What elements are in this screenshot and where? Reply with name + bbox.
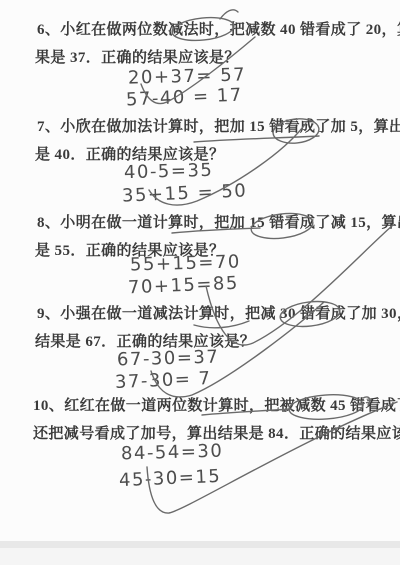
question-6-line-1: 6、小红在做两位数减法时，把减数 40 错看成了 20，算出结 xyxy=(37,21,400,40)
question-8-line-1: 8、小明在做一道计算时，把加 15 错看成了减 15，算出结果 xyxy=(37,214,400,233)
question-10-handwritten-equation-1: 84-54=30 xyxy=(121,441,224,465)
question-7-line-1: 7、小欣在做加法计算时，把加 15 错看成了加 5，算出结果 xyxy=(37,118,400,137)
question-8-handwritten-equation-1: 55+15=70 xyxy=(130,251,241,275)
question-9-handwritten-equation-1: 67-30=37 xyxy=(117,347,220,371)
question-9-handwritten-equation-2: 37-30= 7 xyxy=(115,368,212,393)
page-edge-shadow xyxy=(0,541,400,548)
question-8-handwritten-equation-2: 70+15=85 xyxy=(128,273,240,299)
question-10-line-1: 10、红红在做一道两位数计算时，把被减数 45 错看成了 54， xyxy=(33,397,400,416)
question-10-handwritten-equation-2: 45-30=15 xyxy=(119,466,222,491)
worksheet-page: 6、小红在做两位数减法时，把减数 40 错看成了 20，算出结 果是 37．正确… xyxy=(0,0,400,565)
question-7-handwritten-equation-1: 40-5=35 xyxy=(124,160,214,183)
question-9-line-1: 9、小强在做一道减法计算时，把减 30 错看成了加 30，算出 xyxy=(37,305,400,324)
circle-tail-q6 xyxy=(220,10,238,19)
page-edge-below xyxy=(0,548,400,565)
question-6-handwritten-equation-2: 57-40 = 17 xyxy=(126,85,244,111)
question-7-handwritten-equation-2: 35+15 = 50 xyxy=(122,180,248,206)
